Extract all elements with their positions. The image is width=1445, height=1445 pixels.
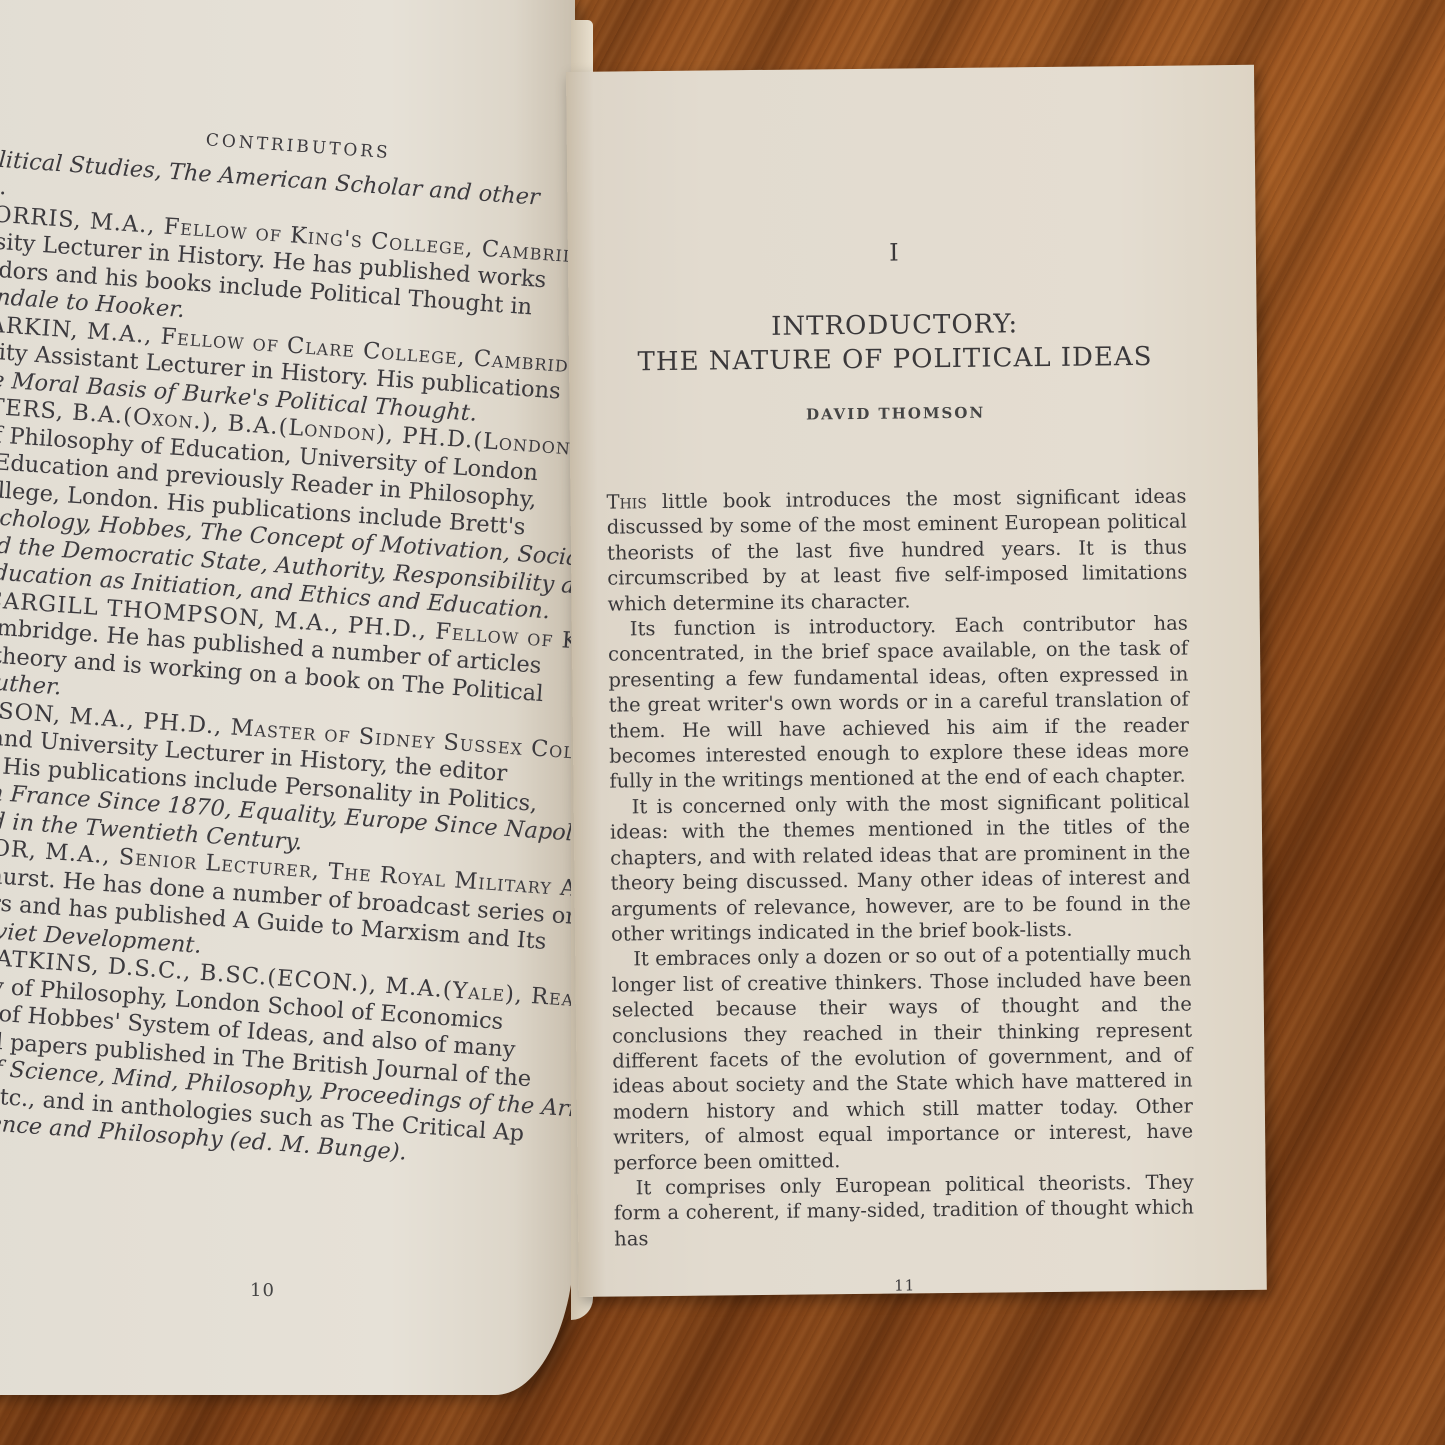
page-number-left: 10: [250, 1280, 275, 1301]
chapter-number: I: [604, 236, 1184, 270]
paragraph: It comprises only European political the…: [614, 1169, 1195, 1251]
paragraph-text: It is concerned only with the most signi…: [610, 789, 1191, 945]
page-number-right: 11: [615, 1274, 1195, 1298]
contributors-list: CONTRIBUTORS . Political Studies, The Am…: [0, 110, 559, 1173]
paragraph-text: Its function is introductory. Each contr…: [608, 612, 1189, 794]
chapter-title-line-2: THE NATURE OF POLITICAL IDEAS: [605, 340, 1185, 380]
chapter-content: I INTRODUCTORY: THE NATURE OF POLITICAL …: [604, 236, 1195, 1298]
paragraph: This little book introduces the most sig…: [606, 484, 1187, 617]
right-page: I INTRODUCTORY: THE NATURE OF POLITICAL …: [566, 65, 1267, 1297]
paragraph-text: It comprises only European political the…: [614, 1170, 1194, 1250]
paragraph: It embraces only a dozen or so out of a …: [611, 941, 1193, 1176]
paragraph: Its function is introductory. Each contr…: [608, 611, 1190, 795]
paragraph-text: little book introduces the most signific…: [607, 485, 1188, 616]
chapter-author: DAVID THOMSON: [606, 402, 1186, 426]
paragraph-text: It embraces only a dozen or so out of a …: [611, 942, 1193, 1174]
chapter-title: INTRODUCTORY: THE NATURE OF POLITICAL ID…: [605, 306, 1186, 380]
left-page: CONTRIBUTORS . Political Studies, The Am…: [0, 0, 575, 1395]
paragraph-lead: This: [606, 490, 647, 513]
paragraph: It is concerned only with the most signi…: [610, 788, 1192, 947]
